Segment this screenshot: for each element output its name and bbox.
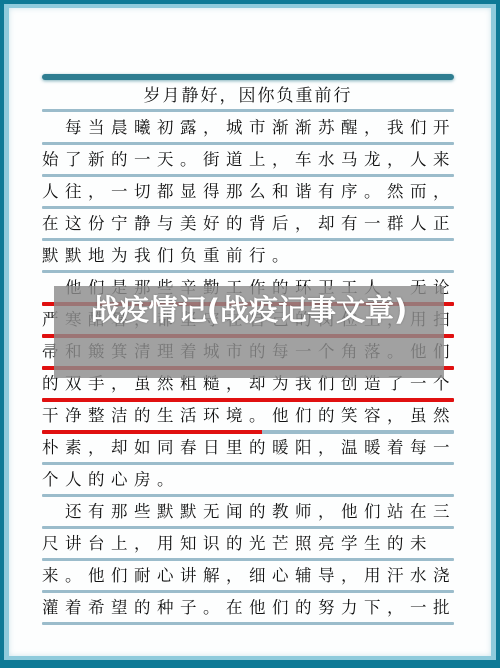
ruled-line bbox=[42, 526, 454, 529]
ruled-line bbox=[42, 206, 454, 209]
ruled-line bbox=[42, 590, 454, 593]
text-line-4: 在这份宁静与美好的背后，却有一群人正 bbox=[42, 214, 454, 234]
title-underline bbox=[42, 109, 454, 112]
ruled-line bbox=[42, 270, 454, 273]
header-rule bbox=[42, 74, 454, 80]
partial-highlight-underline bbox=[42, 430, 454, 434]
highlight-underline bbox=[42, 398, 454, 402]
text-line-5: 默默地为我们负重前行。 bbox=[42, 246, 454, 266]
text-line-15: 来。他们耐心讲解，细心辅导，用汗水浇 bbox=[42, 566, 454, 586]
text-line-14: 尺讲台上，用知识的光芒照亮学生的未 bbox=[42, 534, 454, 554]
document-title: 岁月静好，因你负重前行 bbox=[42, 85, 454, 107]
text-line-2: 始了新的一天。街道上，车水马龙，人来 bbox=[42, 150, 454, 170]
text-line-12: 个人的心房。 bbox=[42, 470, 454, 490]
text-line-16: 灌着希望的种子。在他们的努力下，一批 bbox=[42, 598, 454, 618]
ruled-line bbox=[42, 558, 454, 561]
ruled-line bbox=[42, 622, 454, 625]
text-line-3: 人往，一切都显得那么和谐有序。然而， bbox=[42, 182, 454, 202]
text-line-13: 还有那些默默无闻的教师，他们站在三 bbox=[42, 502, 454, 522]
ruled-line bbox=[42, 238, 454, 241]
text-line-1: 每当晨曦初露，城市渐渐苏醒，我们开 bbox=[42, 118, 454, 138]
ruled-line bbox=[42, 494, 454, 497]
ruled-line bbox=[42, 142, 454, 145]
ruled-line bbox=[42, 462, 454, 465]
caption-text: 战疫情记(战疫记事文章) bbox=[54, 290, 444, 330]
text-line-11: 朴素，却如同春日里的暖阳，温暖着每一 bbox=[42, 438, 454, 458]
ruled-line bbox=[42, 174, 454, 177]
text-line-10: 干净整洁的生活环境。他们的笑容，虽然 bbox=[42, 406, 454, 426]
